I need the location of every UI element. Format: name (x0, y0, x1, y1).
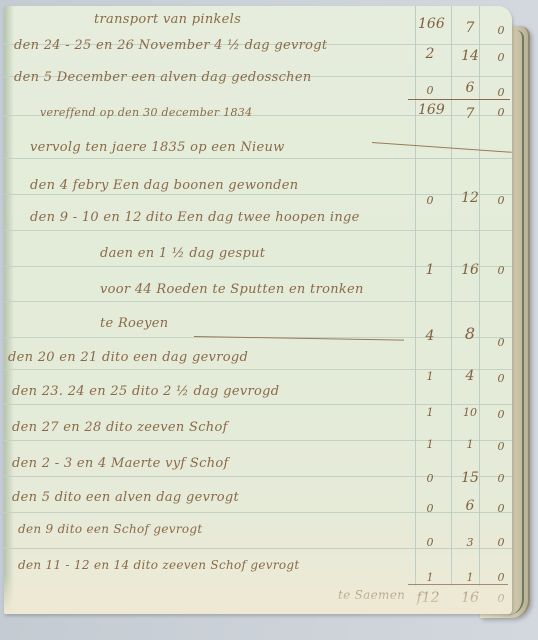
ledger-entry-text: transport van pinkels (94, 12, 241, 27)
ruled-line (4, 404, 512, 405)
total-penningen: 0 (489, 592, 512, 605)
ledger-entry-text: den 5 December een alven dag gedosschen (14, 70, 312, 85)
amount-stuivers: 8 (458, 324, 482, 343)
amount-penningen: 0 (489, 336, 512, 349)
ledger-entry-text: den 27 en 28 dito zeeven Schof (12, 420, 228, 435)
ledger-entry-text: voor 44 Roeden te Sputten en tronken (100, 282, 364, 297)
amount-stuivers: 6 (458, 498, 482, 514)
ledger-page: transport van pinkels 166 7 0 den 24 - 2… (4, 6, 512, 614)
amount-guilders: 1 (418, 571, 442, 584)
total-stuivers: 16 (458, 590, 482, 606)
amount-guilders: 0 (418, 84, 442, 97)
amount-stuivers: 6 (458, 80, 482, 96)
amount-penningen: 0 (489, 440, 512, 453)
amount-guilders: 0 (418, 502, 442, 515)
ledger-entry-text: den 9 dito een Schof gevrogt (18, 522, 202, 536)
column-line (451, 6, 452, 586)
amount-guilders: 1 (418, 438, 442, 451)
amount-penningen: 0 (489, 51, 512, 64)
amount-guilders: 2 (418, 46, 442, 62)
ledger-entry-text: den 9 - 10 en 12 dito Een dag twee hoope… (30, 210, 360, 225)
amount-stuivers: 7 (458, 20, 482, 36)
ledger-entry-text: den 23. 24 en 25 dito 2 ½ dag gevrogd (12, 384, 279, 399)
total-label: te Saemen (338, 588, 405, 602)
ledger-entry-text: te Roeyen (100, 316, 168, 331)
amount-penningen: 0 (489, 264, 512, 277)
amount-guilders: 0 (418, 194, 442, 207)
amount-penningen: 0 (489, 86, 512, 99)
amount-stuivers: 15 (458, 470, 482, 486)
total-rule (408, 584, 508, 585)
ruled-line (4, 230, 512, 231)
amount-stuivers: 1 (458, 571, 482, 584)
amount-stuivers: 10 (458, 406, 482, 419)
amount-penningen: 0 (489, 536, 512, 549)
amount-stuivers: 12 (458, 190, 482, 206)
ledger-entry-text: den 5 dito een alven dag gevrogt (12, 490, 239, 505)
ledger-entry-text: daen en 1 ½ dag gesput (100, 246, 265, 261)
ledger-entry-text: vereffend op den 30 december 1834 (40, 106, 252, 119)
ledger-entry-text: den 2 - 3 en 4 Maerte vyf Schof (12, 456, 229, 471)
amount-penningen: 0 (489, 408, 512, 421)
amount-penningen: 0 (489, 472, 512, 485)
amount-stuivers: 4 (458, 368, 482, 384)
ledger-entry-text: den 11 - 12 en 14 dito zeeven Schof gevr… (18, 558, 300, 572)
subtotal-rule (408, 99, 510, 100)
amount-stuivers: 3 (458, 536, 482, 549)
ruled-line (4, 301, 512, 302)
column-line (415, 6, 416, 586)
ledger-entry-text: den 4 febry Een dag boonen gewonden (30, 178, 298, 193)
amount-penningen: 0 (489, 106, 512, 119)
scanned-ledger-image: transport van pinkels 166 7 0 den 24 - 2… (0, 0, 538, 640)
amount-guilders: 0 (418, 536, 442, 549)
ledger-entry-text: vervolg ten jaere 1835 op een Nieuw (30, 140, 285, 155)
amount-penningen: 0 (489, 194, 512, 207)
amount-stuivers: 7 (458, 106, 482, 122)
amount-guilders: 1 (418, 262, 442, 278)
amount-penningen: 0 (489, 571, 512, 584)
amount-penningen: 0 (489, 502, 512, 515)
ledger-entry-text: den 20 en 21 dito een dag gevrogd (8, 350, 248, 365)
section-flourish (372, 142, 512, 153)
amount-guilders: 0 (418, 472, 442, 485)
amount-penningen: 0 (489, 24, 512, 37)
amount-stuivers: 16 (458, 262, 482, 278)
amount-stuivers: 1 (458, 438, 482, 451)
ledger-entry-text: den 24 - 25 en 26 November 4 ½ dag gevro… (14, 38, 327, 53)
total-guilders: f12 (416, 590, 440, 606)
ruled-line (4, 158, 512, 159)
amount-guilders: 169 (418, 102, 442, 118)
amount-guilders: 4 (418, 328, 442, 344)
amount-guilders: 1 (418, 406, 442, 419)
amount-guilders: 166 (418, 16, 442, 32)
amount-stuivers: 14 (458, 48, 482, 64)
amount-guilders: 1 (418, 370, 442, 383)
amount-penningen: 0 (489, 372, 512, 385)
